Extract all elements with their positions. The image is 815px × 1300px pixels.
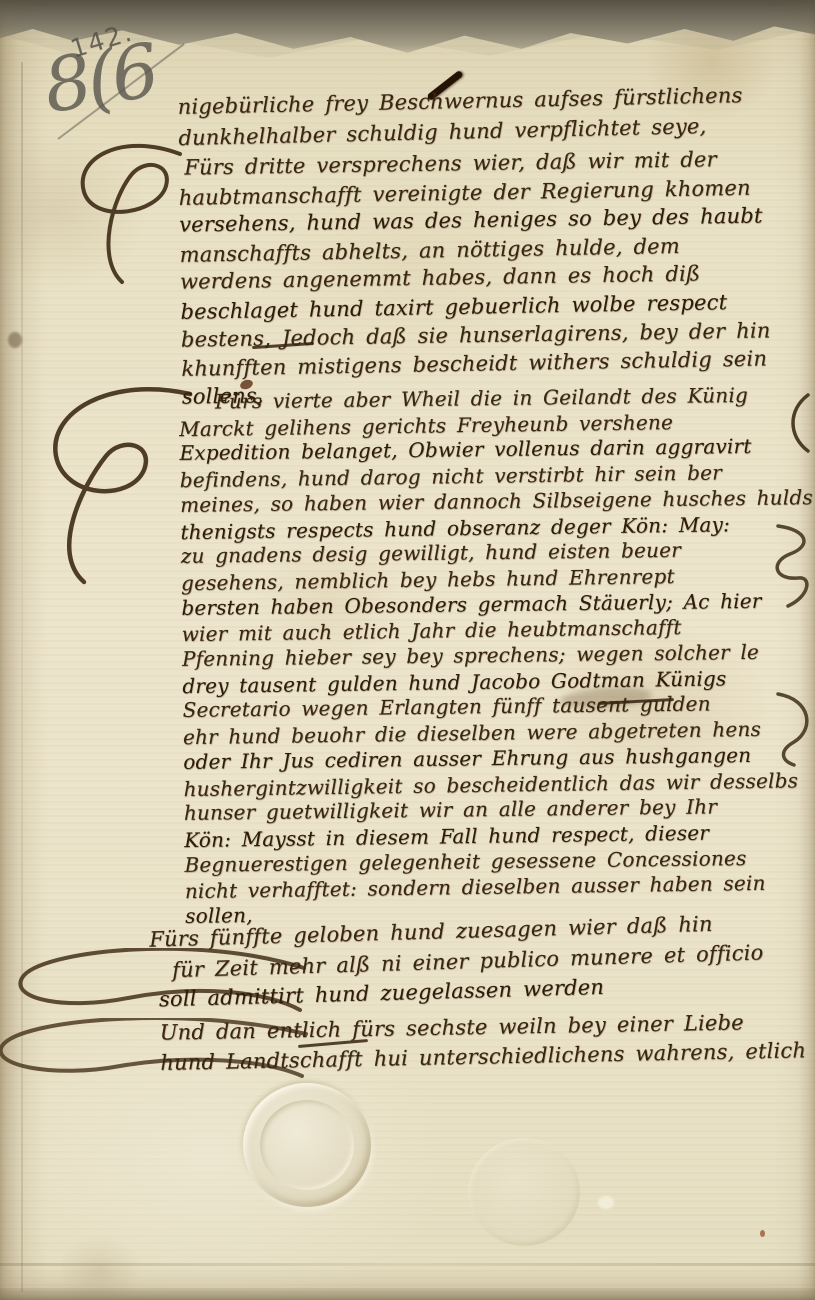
- embossed-blind-seal: [243, 1083, 371, 1207]
- paragraph-2: Fürs dritte versprechens wier, daß wir m…: [178, 144, 772, 411]
- initial-flourish-large: [40, 382, 200, 592]
- paragraph-5: Und dan entlich fürs sechste weiln bey e…: [160, 1007, 807, 1076]
- initial-flourish: [62, 140, 192, 300]
- horizontal-fold-crease: [0, 1263, 815, 1266]
- paragraph-4: Fürs fünffte geloben hund zuesagen wier …: [149, 907, 765, 1014]
- embossed-blind-seal-faint: [468, 1138, 580, 1246]
- bottom-fold-edge: [0, 1288, 815, 1300]
- paper-flaw: [598, 1196, 614, 1209]
- rust-fleck: [760, 1230, 765, 1237]
- edge-stain: [8, 332, 22, 348]
- vertical-crease: [21, 62, 23, 1292]
- paragraph-3: Fürs vierte aber Wheil die in Geilandt d…: [179, 382, 815, 929]
- paragraph-1: nigebürliche frey Beschwernus aufses für…: [177, 80, 743, 152]
- manuscript-page: 8(6 142.: [0, 0, 815, 1300]
